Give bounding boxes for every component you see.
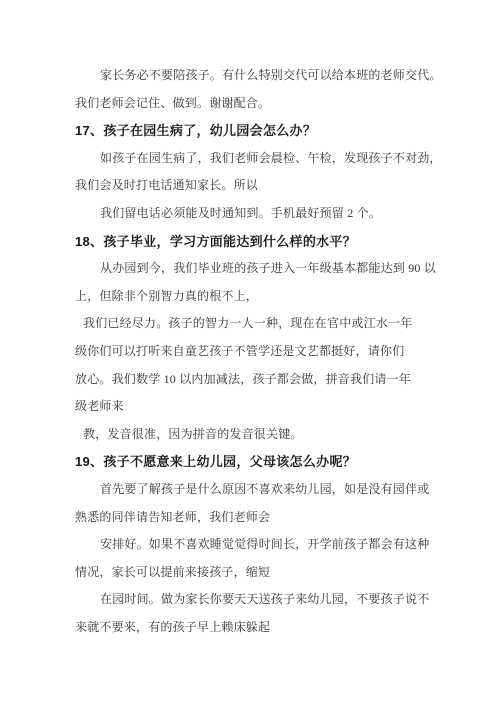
text-line: 首先要了解孩子是什么原因不喜欢来幼儿园，如是没有园伴或 [75, 476, 455, 504]
question-heading: 17、孩子在园生病了，幼儿园会怎么办？ [75, 117, 455, 145]
text-line: 在园时间。做为家长你要天天送孩子来幼儿园，不要孩子说不 [75, 586, 455, 614]
document-page: 家长务必不要陪孩子。有什么特别交代可以给本班的老师交代。我们老师会记住、做到。谢… [0, 0, 500, 708]
text-line: 安排好。如果不喜欢睡觉觉得时间长，开学前孩子都会有这种 [75, 531, 455, 559]
text-line: 我们会及时打电话通知家长。所以 [75, 172, 455, 200]
document-body: 家长务必不要陪孩子。有什么特别交代可以给本班的老师交代。我们老师会记住、做到。谢… [75, 62, 455, 641]
text-line: 来就不要来，有的孩子早上赖床躲起 [75, 614, 455, 642]
text-line: 家长务必不要陪孩子。有什么特别交代可以给本班的老师交代。 [75, 62, 455, 90]
text-line: 如孩子在园生病了，我们老师会晨检、午检，发现孩子不对劲， [75, 145, 455, 173]
question-heading: 18、孩子毕业，学习方面能达到什么样的水平？ [75, 228, 455, 256]
text-line: 熟悉的同伴请告知老师，我们老师会 [75, 504, 455, 532]
text-line: 我们已经尽力。孩子的智力一人一种，现在在官中或江水一年 [75, 310, 455, 338]
text-line: 从办园到今，我们毕业班的孩子进入一年级基本都能达到 90 以 [75, 255, 455, 283]
text-line: 上，但除非个别智力真的根不上， [75, 283, 455, 311]
text-line: 情况，家长可以提前来接孩子，缩短 [75, 559, 455, 587]
text-line: 教，发音很准，因为拼音的发音很关键。 [75, 421, 455, 449]
text-line: 级老师来 [75, 393, 455, 421]
text-line: 放心。我们数学 10 以内加减法，孩子都会做，拼音我们请一年 [75, 366, 455, 394]
text-line: 我们留电话必须能及时通知到。手机最好预留 2 个。 [75, 200, 455, 228]
text-line: 级你们可以打听来自童艺孩子不管学还是文艺都挺好，请你们 [75, 338, 455, 366]
text-line: 我们老师会记住、做到。谢谢配合。 [75, 90, 455, 118]
question-heading: 19、孩子不愿意来上幼儿园，父母该怎么办呢？ [75, 448, 455, 476]
